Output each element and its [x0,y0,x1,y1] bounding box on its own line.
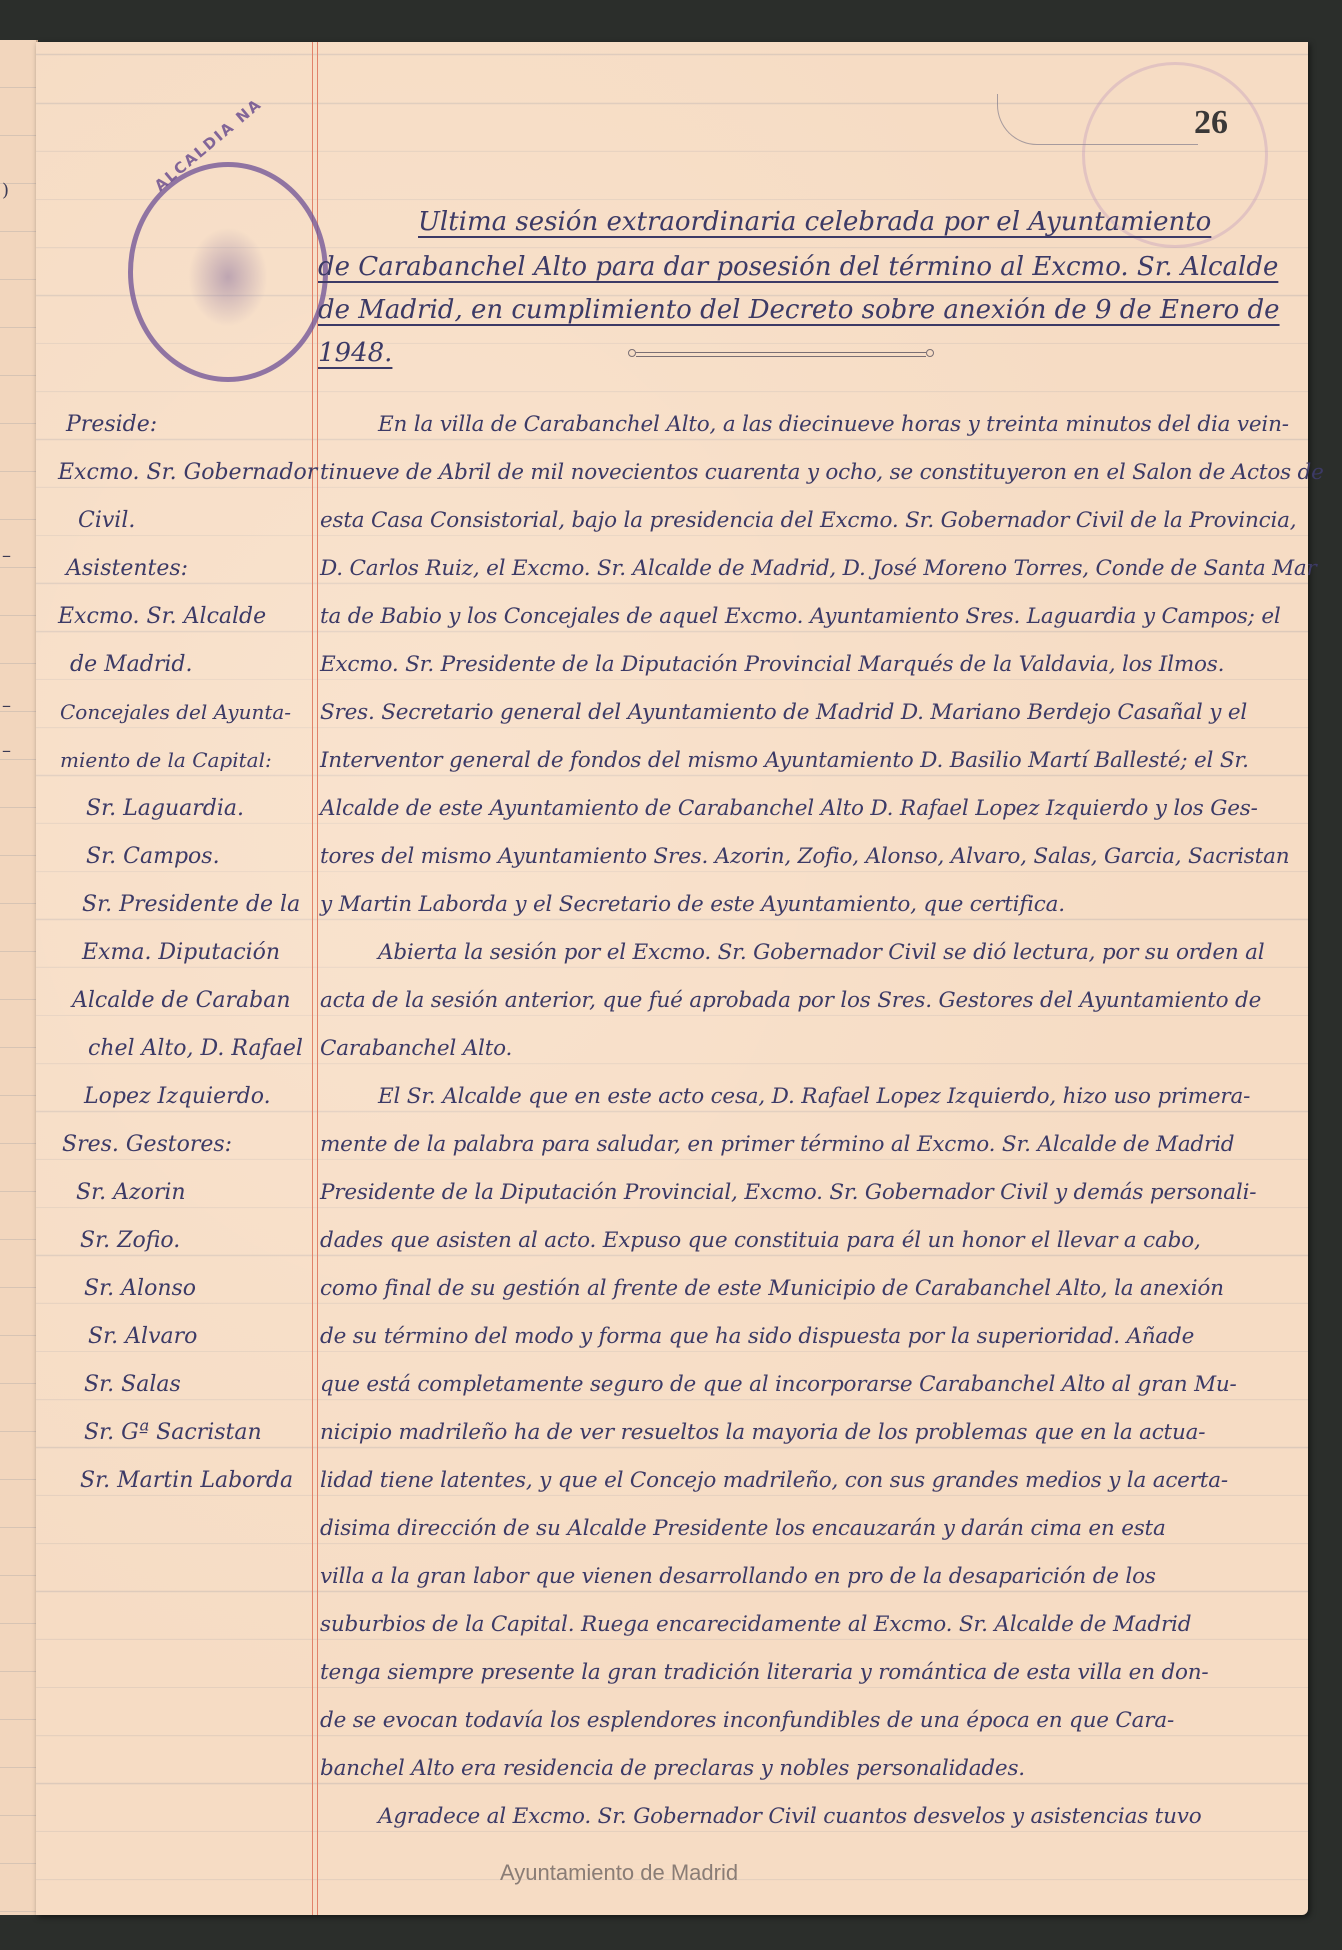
eagle-emblem-icon [188,227,268,327]
body-line: de se evocan todavía los esplendores inc… [320,1708,1174,1733]
margin-note: Concejales del Ayunta- [60,700,291,724]
title-line: de Madrid, en cumplimiento del Decreto s… [318,295,1280,335]
margin-note: Sres. Gestores: [62,1132,232,1157]
body-line: como final de su gestión al frente de es… [320,1276,1224,1301]
body-line: acta de la sesión anterior, que fué apro… [320,988,1261,1013]
title-divider [636,352,926,357]
margin-note: Exma. Diputación [82,940,280,965]
margin-note: Sr. Presidente de la [82,892,300,917]
manuscript-page: 26 ALCALDIA NA Ultima sesión extraordina… [36,42,1308,1915]
title-line: de Carabanchel Alto para dar posesión de… [318,252,1278,292]
body-line: En la villa de Carabanchel Alto, a las d… [378,412,1289,437]
body-line: El Sr. Alcalde que en este acto cesa, D.… [378,1084,1250,1109]
margin-note: Excmo. Sr. Gobernador [58,460,317,485]
body-line: Interventor general de fondos del mismo … [320,748,1249,773]
body-line: mente de la palabra para saludar, en pri… [320,1132,1234,1157]
body-line: lidad tiene latentes, y que el Concejo m… [320,1468,1228,1493]
margin-note: Sr. Alonso [84,1276,196,1301]
previous-page-mark: – [2,740,11,761]
margin-note: chel Alto, D. Rafael [88,1036,303,1061]
margin-note: Sr. Salas [84,1372,181,1397]
margin-note: Sr. Campos. [86,844,220,869]
body-line: Presidente de la Diputación Provincial, … [320,1180,1256,1205]
previous-page-mark: ) [2,180,9,201]
body-line: tenga siempre presente la gran tradición… [320,1660,1209,1685]
stamp-text: ALCALDIA NA [151,95,266,195]
body-line: Sres. Secretario general del Ayuntamient… [320,700,1247,725]
body-line: tinueve de Abril de mil novecientos cuar… [320,460,1324,485]
margin-note: Sr. Zofio. [80,1228,180,1253]
margin-note: Civil. [78,508,135,533]
body-line: esta Casa Consistorial, bajo la presiden… [320,508,1296,533]
margin-note: Lopez Izquierdo. [84,1084,271,1109]
body-line: nicipio madrileño ha de ver resueltos la… [320,1420,1205,1445]
margin-note: Sr. Martin Laborda [80,1468,293,1493]
title-line: Ultima sesión extraordinaria celebrada p… [418,207,1211,247]
margin-note: Alcalde de Caraban [72,988,291,1013]
body-line: Alcalde de este Ayuntamiento de Carabanc… [320,796,1258,821]
body-line: disima dirección de su Alcalde President… [320,1516,1166,1541]
body-line: Agradece al Excmo. Sr. Gobernador Civil … [378,1804,1201,1829]
body-line: villa a la gran labor que vienen desarro… [320,1564,1156,1589]
margin-note: Asistentes: [66,556,188,581]
body-line: Carabanchel Alto. [320,1036,512,1061]
body-line: ta de Babio y los Concejales de aquel Ex… [320,604,1281,629]
margin-note: Preside: [66,412,157,437]
margin-note: Excmo. Sr. Alcalde [58,604,266,629]
margin-note: miento de la Capital: [60,748,272,772]
alcaldia-seal-stamp: ALCALDIA NA [128,162,328,382]
body-line: que está completamente seguro de que al … [320,1372,1237,1397]
body-line: suburbios de la Capital. Ruega encarecid… [320,1612,1191,1637]
body-line: tores del mismo Ayuntamiento Sres. Azori… [320,844,1289,869]
previous-page-mark: – [2,695,11,716]
margin-note: Sr. Azorin [76,1180,186,1205]
margin-note: Sr. Gª Sacristan [84,1420,262,1445]
body-line: Excmo. Sr. Presidente de la Diputación P… [320,652,1224,677]
margin-note: Sr. Laguardia. [86,796,244,821]
body-line: Abierta la sesión por el Excmo. Sr. Gobe… [378,940,1264,965]
margin-note: de Madrid. [70,652,192,677]
previous-page-mark: – [2,545,11,566]
folio-flourish [997,94,1198,145]
body-line: dades que asisten al acto. Expuso que co… [320,1228,1201,1253]
body-line: banchel Alto era residencia de preclaras… [320,1756,1025,1781]
folio-number: 26 [1194,104,1228,142]
previous-page-edge: ) – – – [0,40,38,1915]
archive-watermark: Ayuntamiento de Madrid [500,1860,738,1886]
body-line: y Martin Laborda y el Secretario de este… [320,892,1065,917]
body-line: D. Carlos Ruiz, el Excmo. Sr. Alcalde de… [320,556,1317,581]
margin-note: Sr. Alvaro [88,1324,197,1349]
body-line: de su término del modo y forma que ha si… [320,1324,1194,1349]
title-line: 1948. [318,338,392,378]
